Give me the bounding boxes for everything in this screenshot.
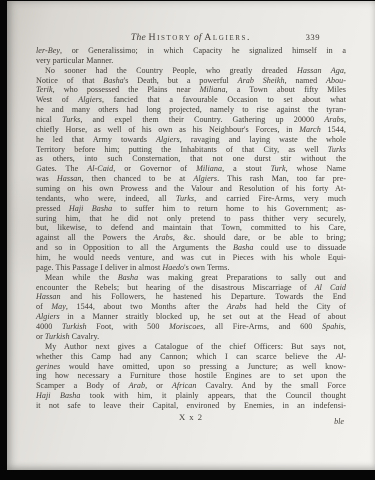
text-line: of May, 1544, about two Months after the… [36, 302, 346, 312]
catchword: ble [334, 417, 344, 426]
running-head-algiers: Algiers. [204, 32, 251, 43]
text-line: Scamper a Body of Arab, or African Caval… [36, 381, 346, 391]
text-line: My Author next gives a Catalogue of the … [36, 342, 346, 352]
text-line: Territory before him; putting the Inhabi… [36, 145, 346, 155]
text-line: ing how necessary a Furniture those host… [36, 371, 346, 381]
text-line: 4000 Turkish Foot, with 500 Moriscoes, a… [36, 322, 346, 332]
text-line: and so in Opposition to all the Argument… [36, 243, 346, 253]
running-head: The History of Algiers. 339 [36, 32, 346, 43]
text-line: or Turkish Cavalry. [36, 332, 346, 342]
text-line: was Hassan, then chanced to be at Algier… [36, 174, 346, 184]
signature-mark: X x 2 [179, 412, 203, 422]
text-line: West of Algiers, fancied that a favourab… [36, 95, 346, 105]
text-line: against all the Powers the Arabs, &c. sh… [36, 233, 346, 243]
text-line: Mean while the Basha was making great Pr… [36, 273, 346, 283]
text-line: Haji Basha took with him, it plainly app… [36, 391, 346, 401]
text-line: he and many others had long projected, n… [36, 105, 346, 115]
text-line: chiefly Horse, as well of his own as his… [36, 125, 346, 135]
text-line: whether this Camp had any Cannon; which … [36, 352, 346, 362]
text-line: but, likewise, to defend and maintain th… [36, 223, 346, 233]
text-line: No sooner had the Country People, who gr… [36, 66, 346, 76]
text-line: suring him, that he did not only pretend… [36, 214, 346, 224]
signature-row: X x 2 ble [36, 412, 346, 422]
text-line: gerines would have omitted, upon so pres… [36, 362, 346, 372]
text-line: it not safe to leave their Capital, envi… [36, 401, 346, 411]
running-head-of: of [194, 33, 202, 43]
text-line: him, he would needs venture, and was cut… [36, 253, 346, 263]
text-line: Gates. The Al-Caid, or Governor of Milia… [36, 164, 346, 174]
scanned-book-screenshot: { "header": { "title_the": "The", "title… [0, 0, 375, 480]
paragraph: ler-Bey, or Generalissimo; in which Capa… [36, 46, 346, 66]
text-line: pressed Haji Basha to suffer him to retu… [36, 204, 346, 214]
text-line: suming on his own Prowess and the Valour… [36, 184, 346, 194]
paragraph: My Author next gives a Catalogue of the … [36, 342, 346, 411]
running-head-history: History [148, 32, 191, 43]
book-page: The History of Algiers. 339 ler-Bey, or … [7, 1, 375, 470]
text-line: ler-Bey, or Generalissimo; in which Capa… [36, 46, 346, 56]
text-line: Algiers in a Manner straitly blocked up,… [36, 312, 346, 322]
text-line: nical Turks, and expel them their Countr… [36, 115, 346, 125]
text-line: as others, into such Consternation, that… [36, 154, 346, 164]
text-line: Terik, who possessed the Plains near Mil… [36, 85, 346, 95]
text-line: page. This Passage I deliver in almost H… [36, 263, 346, 273]
paragraph: No sooner had the Country People, who gr… [36, 66, 346, 273]
text-line: very particular Manner. [36, 56, 346, 66]
text-line: tendants, who were, indeed, all Turks, a… [36, 194, 346, 204]
text-line: encounter the Rebels; but hearing of the… [36, 283, 346, 293]
running-head-the: The [131, 33, 146, 43]
text-line: Hassan and his Followers, he hastened hi… [36, 292, 346, 302]
page-number: 339 [306, 32, 320, 42]
text-block: ler-Bey, or Generalissimo; in which Capa… [36, 46, 346, 411]
text-line: he led that Army towards Algiers, ravagi… [36, 135, 346, 145]
paragraph: Mean while the Basha was making great Pr… [36, 273, 346, 342]
text-line: Notice of that Basha's Death, but a powe… [36, 76, 346, 86]
